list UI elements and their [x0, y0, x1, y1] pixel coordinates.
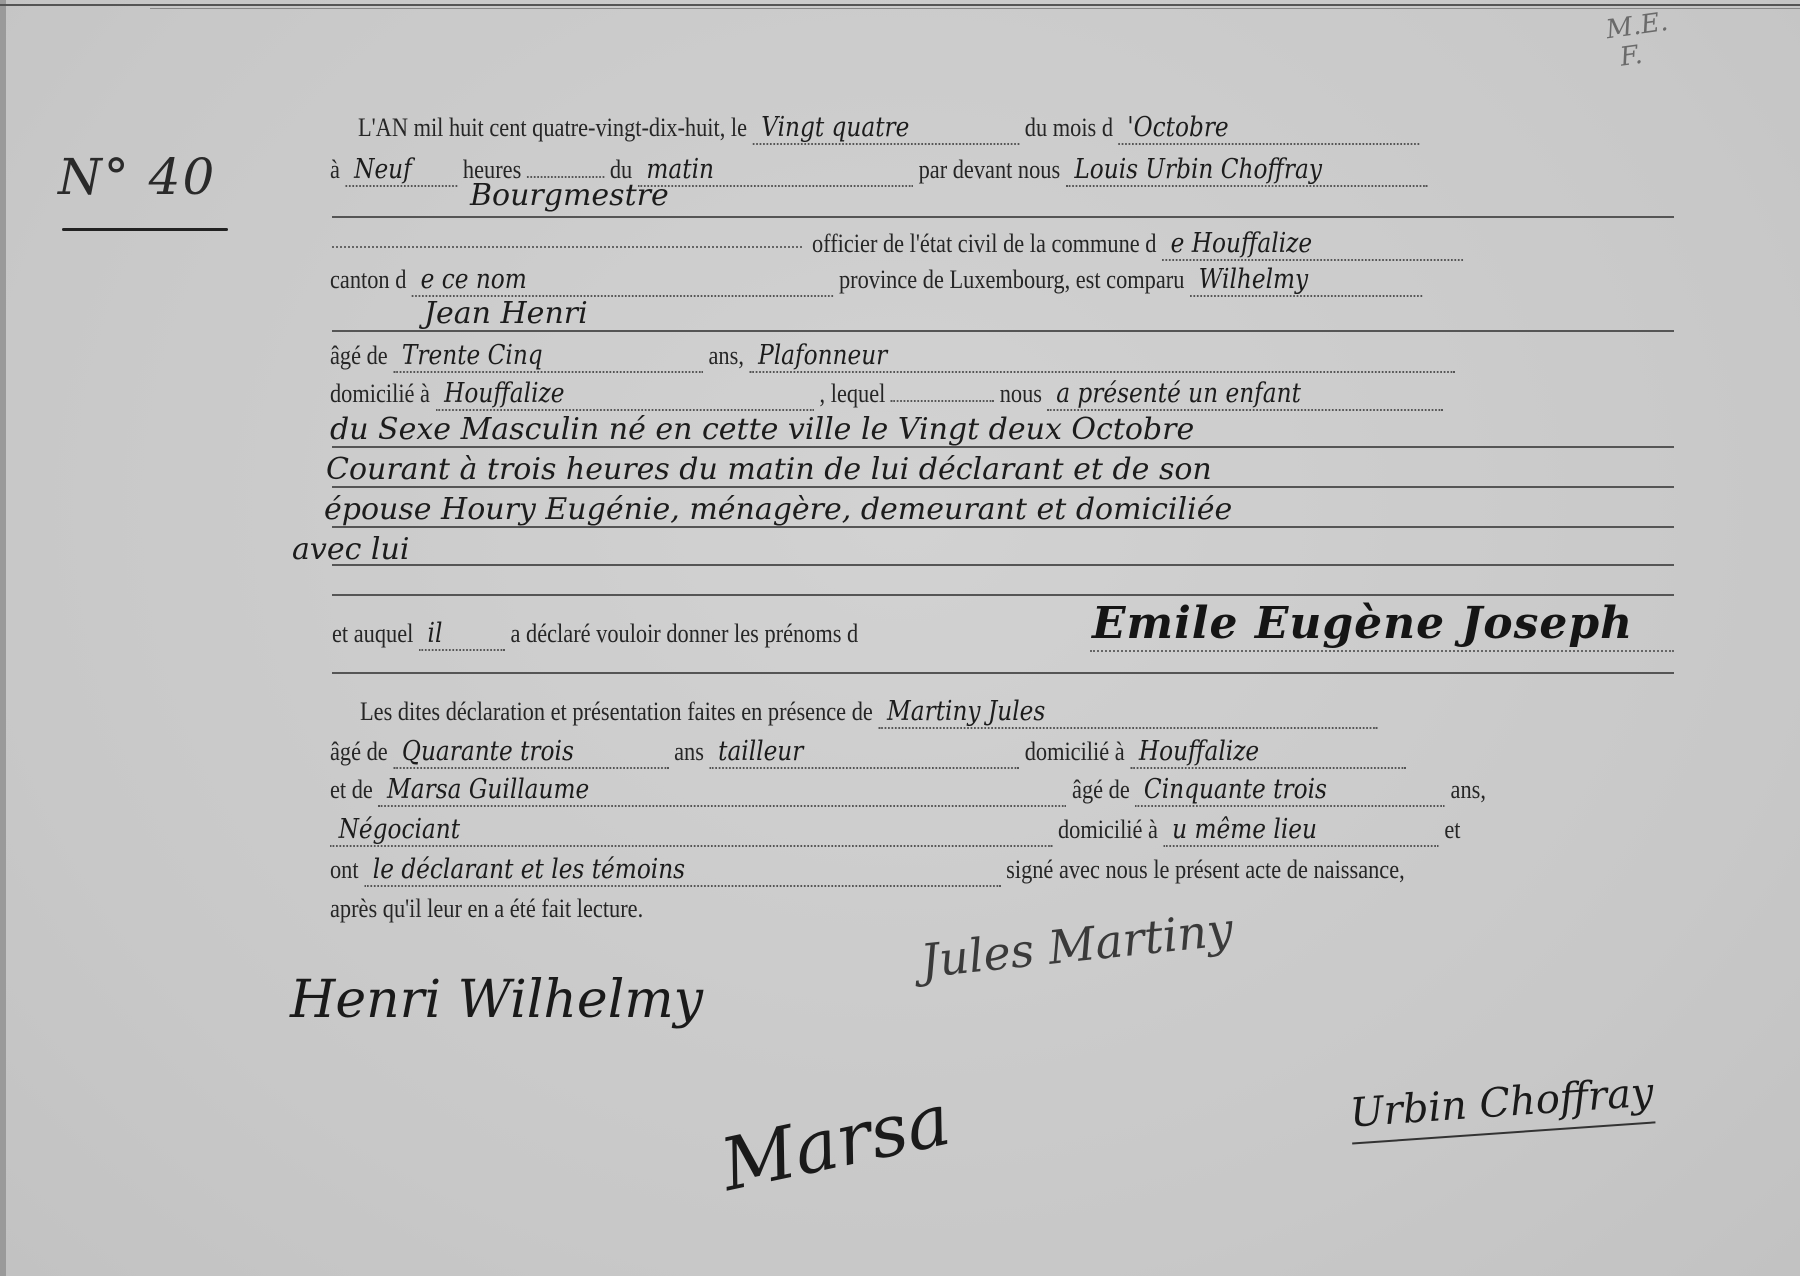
form-line-prenoms: et auquel il a déclaré vouloir donner le… — [332, 618, 858, 651]
field-witness2-profession: Négociant — [330, 814, 1052, 847]
field-witness1-age: Quarante trois — [393, 736, 668, 769]
form-line-witnesses-intro: Les dites déclaration et présentation fa… — [360, 696, 1377, 729]
page-top-rule-inner — [150, 8, 1800, 9]
form-line-date: L'AN mil huit cent quatre-vingt-dix-huit… — [358, 112, 1420, 145]
ruled-narrative-3 — [332, 526, 1674, 528]
field-declarant-surname: Wilhelmy — [1190, 264, 1422, 297]
field-declarant-domicile: Houffalize — [436, 378, 814, 411]
form-line-canton: canton d e ce nom province de Luxembourg… — [330, 264, 1422, 297]
label-signe: signé avec nous le présent acte de naiss… — [1006, 855, 1405, 884]
label-year: L'AN mil huit cent quatre-vingt-dix-huit… — [358, 113, 747, 142]
form-line-domicile: domicilié à Houffalize , lequel nous a p… — [330, 378, 1443, 411]
label-witness1-domicile: domicilié à — [1025, 737, 1125, 766]
narrative-line-2: Courant à trois heures du matin de lui d… — [326, 452, 1212, 487]
label-prenoms: a déclaré vouloir donner les prénoms — [511, 619, 842, 648]
label-canton: canton d — [330, 265, 406, 294]
ruled-narrative-2 — [332, 486, 1674, 488]
field-witness1-profession: tailleur — [710, 736, 1020, 769]
field-lequel-blank — [891, 400, 994, 402]
form-line-lecture: après qu'il leur en a été fait lecture. — [330, 894, 643, 924]
field-hour: Neuf — [346, 154, 458, 187]
field-pronoun: il — [419, 618, 505, 651]
dotted-line-4 — [332, 246, 802, 248]
signature-officer: Urbin Choffray — [1348, 1069, 1655, 1144]
label-province: province de Luxembourg, est comparu — [839, 265, 1184, 294]
label-month: du mois d — [1025, 113, 1113, 142]
ruled-line-6 — [332, 330, 1674, 332]
field-witness1-name: Martiny Jules — [878, 696, 1377, 729]
ruled-narrative-4 — [332, 564, 1674, 566]
label-et-de: et de — [330, 775, 373, 804]
signature-witness1: Jules Martiny — [918, 902, 1235, 988]
margin-annotation: M.E. F. — [1604, 8, 1673, 73]
signature-declarant: Henri Wilhelmy — [290, 970, 703, 1030]
field-presente: a présenté un enfant — [1048, 378, 1444, 411]
label-auquel: et auquel — [332, 619, 413, 648]
label-witness1-ans: ans — [674, 737, 704, 766]
field-witness1-domicile: Houffalize — [1130, 736, 1405, 769]
form-line-closing: ont le déclarant et les témoins signé av… — [330, 854, 1405, 887]
label-ans: ans, — [709, 341, 744, 370]
label-witness2-ans: ans, — [1451, 775, 1486, 804]
label-witness1-age: âgé de — [330, 737, 388, 766]
field-witness2-domicile: u même lieu — [1164, 814, 1439, 847]
signature-witness2: Marsa — [714, 1077, 957, 1207]
field-declarant-given-names: Jean Henri — [424, 296, 588, 331]
field-day: Vingt quatre — [753, 112, 1020, 145]
label-domicile: domicilié à — [330, 379, 430, 408]
form-line-witness2-domicile: Négociant domicilié à u même lieu et — [330, 814, 1460, 847]
form-line-witness2: et de Marsa Guillaume âgé de Cinquante t… — [330, 774, 1486, 807]
field-month: 'Octobre — [1119, 112, 1420, 145]
label-et: et — [1444, 815, 1460, 844]
form-line-age: âgé de Trente Cinq ans, Plafonneur — [330, 340, 1455, 373]
acte-number: N° 40 — [58, 148, 216, 206]
field-officer-title: Bourgmestre — [470, 178, 669, 213]
binding-edge — [0, 0, 6, 1276]
ruled-narrative-1 — [332, 446, 1674, 448]
field-period: matin — [638, 154, 913, 187]
civil-record-page: N° 40 M.E. F. L'AN mil huit cent quatre-… — [0, 0, 1800, 1276]
field-declarant-profession: Plafonneur — [750, 340, 1455, 373]
narrative-line-3: épouse Houry Eugénie, ménagère, demeuran… — [324, 492, 1232, 527]
label-nous: nous — [1000, 379, 1042, 408]
field-witness2-name: Marsa Guillaume — [378, 774, 1066, 807]
ruled-blank-line — [332, 594, 1674, 596]
label-officier: officier de l'état civil de la commune d — [812, 229, 1156, 258]
label-d: d — [847, 619, 858, 648]
form-line-witness1: âgé de Quarante trois ans tailleur domic… — [330, 736, 1405, 769]
label-a: à — [330, 155, 340, 184]
label-witness2-domicile: domicilié à — [1058, 815, 1158, 844]
form-line-commune: officier de l'état civil de la commune d… — [812, 228, 1463, 261]
acte-number-underline — [62, 228, 228, 231]
field-witness2-age: Cinquante trois — [1135, 774, 1445, 807]
label-par-devant: par devant nous — [919, 155, 1061, 184]
label-witness2-age: âgé de — [1072, 775, 1130, 804]
margin-annotation-line-2: F. — [1608, 36, 1674, 73]
field-canton: e ce nom — [412, 264, 833, 297]
ruled-line-3 — [332, 216, 1674, 218]
dotted-prenoms — [1090, 650, 1674, 652]
label-lecture: après qu'il leur en a été fait lecture. — [330, 894, 643, 923]
narrative-line-4: avec lui — [292, 532, 409, 567]
field-child-given-names: Emile Eugène Joseph — [1092, 598, 1633, 649]
field-officer-name: Louis Urbin Choffray — [1066, 154, 1427, 187]
label-age: âgé de — [330, 341, 388, 370]
field-declarant-age: Trente Cinq — [393, 340, 703, 373]
label-ont: ont — [330, 855, 359, 884]
ruled-after-prenoms — [332, 672, 1674, 674]
label-witnesses-intro: Les dites déclaration et présentation fa… — [360, 697, 873, 726]
narrative-line-1: du Sexe Masculin né en cette ville le Vi… — [330, 412, 1194, 447]
field-commune: e Houffalize — [1162, 228, 1463, 261]
page-top-rule — [0, 4, 1800, 6]
field-signers: le déclarant et les témoins — [364, 854, 1000, 887]
label-lequel: , lequel — [820, 379, 886, 408]
